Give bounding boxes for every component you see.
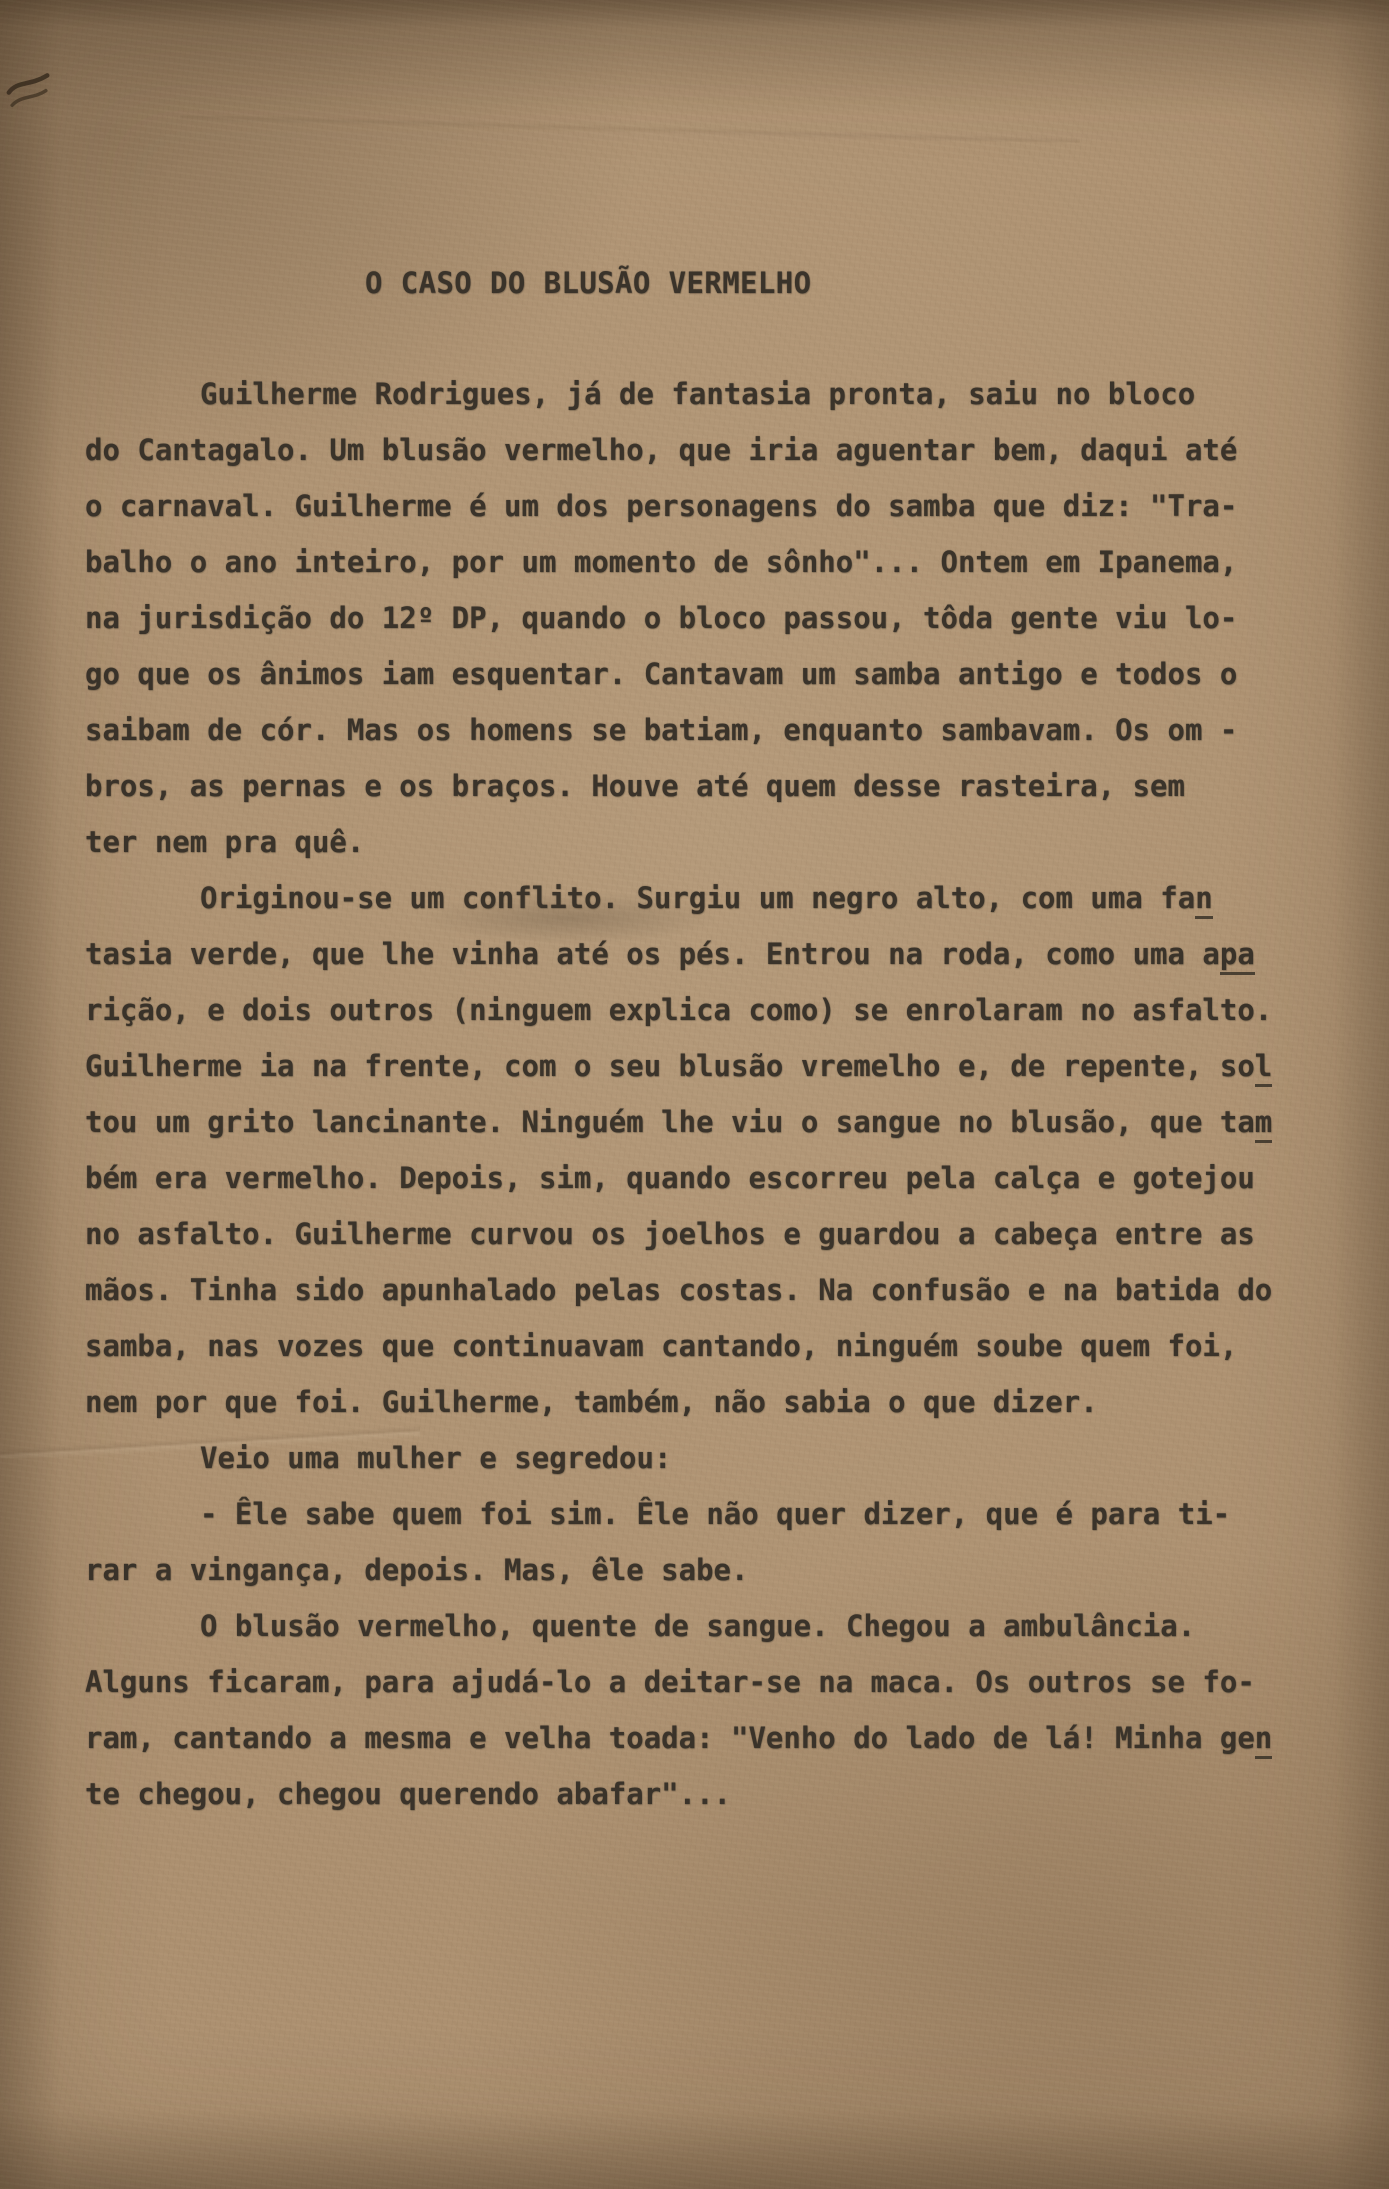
text-line: balho o ano inteiro, por um momento de s… bbox=[85, 534, 1325, 590]
text-line: bém era vermelho. Depois, sim, quando es… bbox=[85, 1150, 1325, 1206]
text-line: Guilherme Rodrigues, já de fantasia pron… bbox=[85, 366, 1325, 422]
text-line: - Êle sabe quem foi sim. Êle não quer di… bbox=[85, 1486, 1325, 1542]
underlined-syllable: pa bbox=[1220, 937, 1255, 975]
text-line: O blusão vermelho, quente de sangue. Che… bbox=[85, 1598, 1325, 1654]
text-line: o carnaval. Guilherme é um dos personage… bbox=[85, 478, 1325, 534]
text-line: nem por que foi. Guilherme, também, não … bbox=[85, 1374, 1325, 1430]
text-line: Alguns ficaram, para ajudá-lo a deitar-s… bbox=[85, 1654, 1325, 1710]
underlined-syllable: n bbox=[1255, 1721, 1272, 1759]
text-line: na jurisdição do 12º DP, quando o bloco … bbox=[85, 590, 1325, 646]
text-line: no asfalto. Guilherme curvou os joelhos … bbox=[85, 1206, 1325, 1262]
underlined-syllable: m bbox=[1255, 1105, 1272, 1143]
text-line: tou um grito lancinante. Ninguém lhe viu… bbox=[85, 1094, 1325, 1150]
text-line: ter nem pra quê. bbox=[85, 814, 1325, 870]
text-line: rar a vingança, depois. Mas, êle sabe. bbox=[85, 1542, 1325, 1598]
text-line: mãos. Tinha sido apunhalado pelas costas… bbox=[85, 1262, 1325, 1318]
underlined-syllable: l bbox=[1255, 1049, 1272, 1087]
text-block: Guilherme Rodrigues, já de fantasia pron… bbox=[85, 366, 1325, 1822]
paragraph: Veio uma mulher e segredou: bbox=[85, 1430, 1325, 1486]
paper-crease bbox=[180, 115, 1080, 142]
pencil-mark-icon bbox=[4, 67, 63, 118]
text-line: tasia verde, que lhe vinha até os pés. E… bbox=[85, 926, 1325, 982]
paragraph: Guilherme Rodrigues, já de fantasia pron… bbox=[85, 366, 1325, 870]
text-line: samba, nas vozes que continuavam cantand… bbox=[85, 1318, 1325, 1374]
text-line: rição, e dois outros (ninguem explica co… bbox=[85, 982, 1325, 1038]
document-page: O CASO DO BLUSÃO VERMELHO Guilherme Rodr… bbox=[0, 0, 1389, 2189]
text-line: Guilherme ia na frente, com o seu blusão… bbox=[85, 1038, 1325, 1094]
text-line: saibam de cór. Mas os homens se batiam, … bbox=[85, 702, 1325, 758]
text-line: Veio uma mulher e segredou: bbox=[85, 1430, 1325, 1486]
text-line: te chegou, chegou querendo abafar"... bbox=[85, 1766, 1325, 1822]
underlined-syllable: n bbox=[1195, 881, 1212, 919]
text-line: go que os ânimos iam esquentar. Cantavam… bbox=[85, 646, 1325, 702]
text-line: bros, as pernas e os braços. Houve até q… bbox=[85, 758, 1325, 814]
text-line: Originou-se um conflito. Surgiu um negro… bbox=[85, 870, 1325, 926]
paragraph: O blusão vermelho, quente de sangue. Che… bbox=[85, 1598, 1325, 1822]
paragraph: Originou-se um conflito. Surgiu um negro… bbox=[85, 870, 1325, 1430]
text-line: ram, cantando a mesma e velha toada: "Ve… bbox=[85, 1710, 1325, 1766]
paragraph: - Êle sabe quem foi sim. Êle não quer di… bbox=[85, 1486, 1325, 1598]
page-title: O CASO DO BLUSÃO VERMELHO bbox=[365, 266, 812, 300]
text-line: do Cantagalo. Um blusão vermelho, que ir… bbox=[85, 422, 1325, 478]
